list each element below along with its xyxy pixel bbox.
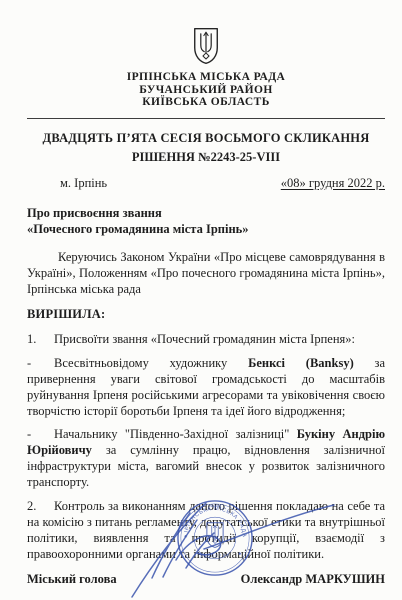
official-stamp: Україна ІРПІНСЬКА МІСЬКА РАДА ✱ ✱ 338007… xyxy=(176,499,254,577)
subject-line-1: Про присвоєння звання xyxy=(27,205,385,221)
session-title: ДВАДЦЯТЬ П’ЯТА СЕСІЯ ВОСЬМОГО СКЛИКАННЯ xyxy=(27,131,385,146)
banksy-text-pre: Всесвітньовідому художнику xyxy=(54,356,248,370)
signatory-title: Міський голова xyxy=(27,572,117,587)
place-label: м. Ірпінь xyxy=(27,176,107,191)
council-name: ІРПІНСЬКА МІСЬКА РАДА xyxy=(27,71,385,84)
item-1-text: Присвоїти звання «Почесний громадянин мі… xyxy=(54,332,355,346)
item-2-number: 2. xyxy=(27,498,54,514)
preamble-text: Керуючись Законом України «Про місцеве с… xyxy=(27,249,385,297)
stamp-trident-icon xyxy=(207,523,223,548)
region-name: КИЇВСЬКА ОБЛАСТЬ xyxy=(27,96,385,109)
svg-text:✱: ✱ xyxy=(237,551,243,557)
stamp-separator-right: ✱ xyxy=(237,551,243,557)
signatory-name: Олександр МАРКУШИН xyxy=(241,572,385,587)
subject-block: Про присвоєння звання «Почесного громадя… xyxy=(27,205,385,237)
decision-number: РІШЕННЯ №2243-25-VIII xyxy=(27,150,385,165)
banksy-paragraph: -Всесвітньовідому художнику Бенксі (Bank… xyxy=(27,355,385,419)
date-label: «08» грудня 2022 р. xyxy=(281,176,385,191)
resolved-label: ВИРІШИЛА: xyxy=(27,307,385,322)
header-divider xyxy=(27,118,385,119)
stamp-registration-code: 33800777 xyxy=(200,554,231,559)
ukraine-trident-emblem-icon xyxy=(193,26,219,66)
document-page: ІРПІНСЬКА МІСЬКА РАДА БУЧАНСЬКИЙ РАЙОН К… xyxy=(0,0,402,600)
bukin-paragraph: -Начальнику "Південно-Західної залізниці… xyxy=(27,426,385,490)
svg-text:✱: ✱ xyxy=(183,534,188,538)
place-date-row: м. Ірпінь «08» грудня 2022 р. xyxy=(27,176,385,191)
item-1: 1.Присвоїти звання «Почесний громадянин … xyxy=(27,331,385,347)
document-header: ІРПІНСЬКА МІСЬКА РАДА БУЧАНСЬКИЙ РАЙОН К… xyxy=(27,26,385,109)
bukin-text-pre: Начальнику "Південно-Західної залізниці" xyxy=(54,427,297,441)
stamp-separator-left: ✱ xyxy=(183,534,188,538)
banksy-dash: - xyxy=(27,355,54,371)
bukin-dash: - xyxy=(27,426,54,442)
item-1-number: 1. xyxy=(27,331,54,347)
subject-line-2: «Почесного громадянина міста Ірпінь» xyxy=(27,221,385,237)
banksy-name: Бенксі (Banksy) xyxy=(248,356,354,370)
district-name: БУЧАНСЬКИЙ РАЙОН xyxy=(27,84,385,97)
